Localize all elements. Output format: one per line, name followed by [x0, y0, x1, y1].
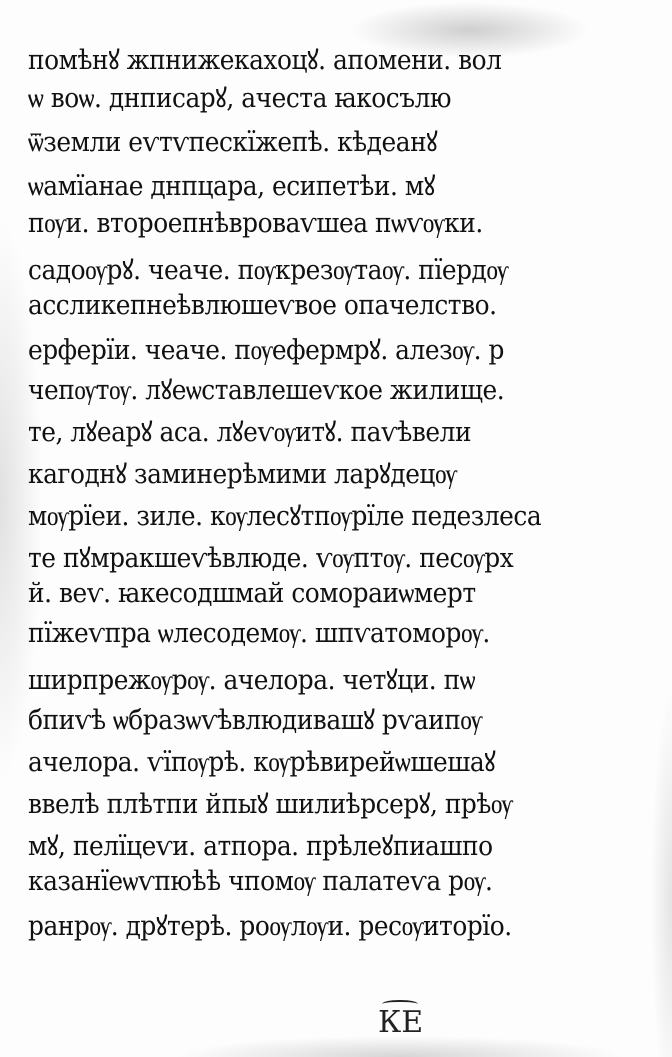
text-line-21: казанїеѡѵпюѣѣ чпомѹ палатеѵа рѹ. [28, 866, 492, 897]
text-line-7: ассликепнеѣвлюшеѵвое опачелство. [28, 290, 497, 321]
folio-number: КЕ [378, 1005, 423, 1040]
text-line-19: ввелѣ плѣтпи йпыꙋ шилиѣрсерꙋ, прѣѹ [28, 784, 512, 821]
text-line-15: пїжеѵпра ѡлесодемѹ. шпѵатоморѹ. [28, 618, 490, 649]
text-line-13: те пꙋмракшеѵѣвлюде. ѵѹптѹ. песѹрх [28, 538, 513, 575]
text-line-20: мꙋ, пелїцеѵи. атпора. прѣлеꙋпиашпо [28, 826, 493, 863]
text-line-5: пѹи. второепнѣвроваѵшеа пѡѵѹки. [28, 208, 483, 239]
text-line-12: мѹрїеи. зиле. кѹлесꙋтпѹрїле педезлеса [28, 496, 541, 533]
text-line-22: ранрѹ. дрꙋтерѣ. роѹлѹи. ресѹиторїо. [28, 906, 512, 943]
text-line-14: й. веѵ. ꙗкесодшмай сомораиѡмерт [28, 578, 476, 609]
text-line-3: ѿземли еѵтѵпескїжепѣ. кѣдеанꙋ [28, 122, 437, 159]
text-line-16: ширпрежѹрѹ. ачелора. четꙋци. пѡ [28, 660, 475, 697]
text-line-4: ѡамїанае днпцара, есипетѣи. мꙋ [28, 166, 435, 203]
manuscript-page: помѣнꙋ жпнижекахоцꙋ. апомени. вол ѡ воѡ.… [0, 0, 672, 1057]
text-line-17: бпиѵѣ ѡбразѡѵѣвлюдивашꙋ рѵаипѹ [28, 700, 482, 737]
text-line-6: садоѹрꙋ. чеаче. пѹкрезѹтаѹ. пїердѹ [28, 250, 508, 287]
text-line-8: ерферїи. чеаче. пѹефермрꙋ. алезѹ. р [28, 330, 504, 367]
text-line-11: кагоднꙋ заминерѣмими ларꙋдецѹ [28, 454, 456, 491]
text-line-18: ачелора. ѵїпѹрѣ. кѹрѣвирейѡшешаꙋ [28, 742, 495, 779]
text-line-9: чепѹтѹ. лꙋеѡставлешеѵкое жилище. [28, 370, 504, 407]
text-line-1: помѣнꙋ жпнижекахоцꙋ. апомени. вол [28, 40, 501, 77]
text-line-2: ѡ воѡ. днписарꙋ, ачеста ꙗкосълю [28, 78, 451, 115]
text-line-10: те, лꙋеарꙋ аса. лꙋеѵѹитꙋ. паѵѣвели [28, 412, 471, 449]
